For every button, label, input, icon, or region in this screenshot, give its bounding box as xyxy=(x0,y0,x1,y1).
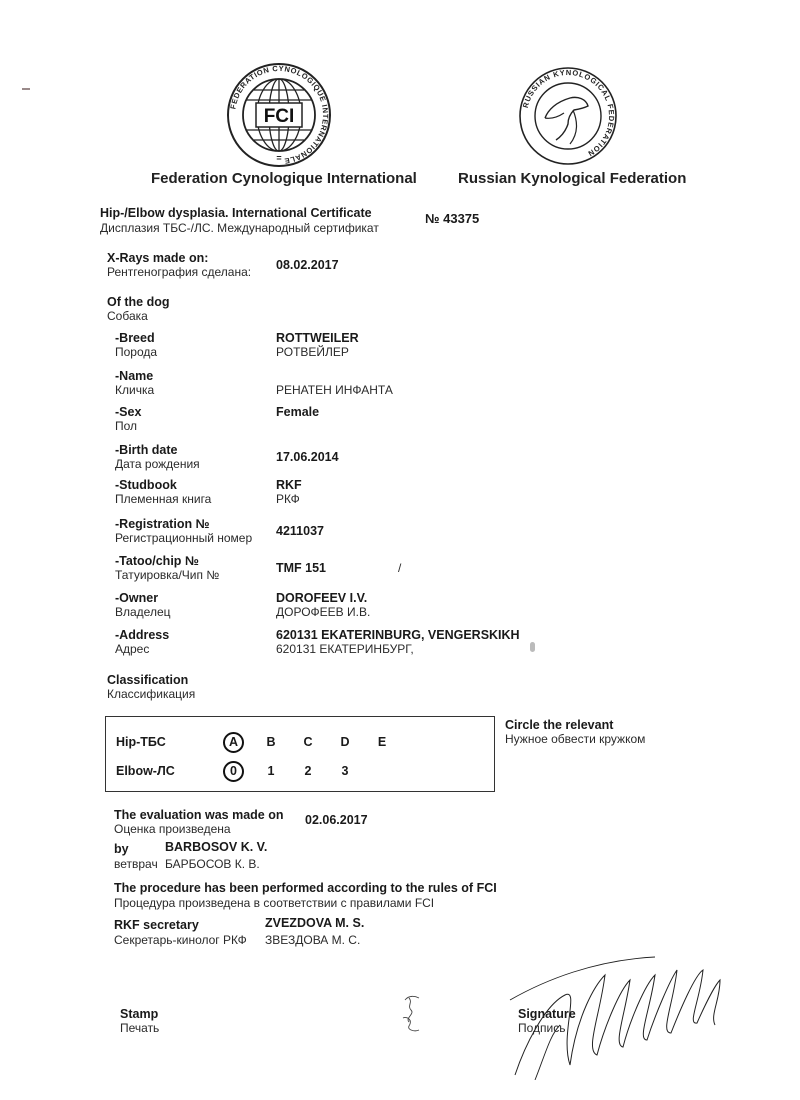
field-value-ru: РОТВЕЙЛЕР xyxy=(276,345,349,359)
circle-note-en: Circle the relevant xyxy=(505,718,613,732)
secretary-label-en: RKF secretary xyxy=(114,918,199,932)
field-label-ru: Пол xyxy=(115,419,137,433)
field-label-en: -Breed xyxy=(115,331,155,345)
certificate-number: № 43375 xyxy=(425,212,479,226)
field-label-ru: Татуировка/Чип № xyxy=(115,568,219,582)
vet-name-en: BARBOSOV K. V. xyxy=(165,840,267,854)
field-value-en: RKF xyxy=(276,478,302,492)
field-value-ru: ДОРОФЕЕВ И.В. xyxy=(276,605,370,619)
by-label-en: by xyxy=(114,842,129,856)
vet-name-ru: БАРБОСОВ К. В. xyxy=(165,857,260,871)
field-value-en: 4211037 xyxy=(276,524,324,538)
field-label-en: -Birth date xyxy=(115,443,178,457)
elbow-grade-1[interactable]: 1 xyxy=(261,764,281,778)
evaluation-label-en: The evaluation was made on xyxy=(114,808,284,822)
elbow-label: Elbow-ЛС xyxy=(116,764,175,778)
field-value-en: ROTTWEILER xyxy=(276,331,359,345)
hip-grade-d[interactable]: D xyxy=(335,735,355,749)
scan-artifact xyxy=(530,642,535,652)
circle-note-ru: Нужное обвести кружком xyxy=(505,732,645,746)
secretary-name-en: ZVEZDOVA M. S. xyxy=(265,916,364,930)
hip-grade-e[interactable]: E xyxy=(372,735,392,749)
field-label-ru: Адрес xyxy=(115,642,149,656)
dog-section-label-en: Of the dog xyxy=(107,295,170,309)
classification-label-en: Classification xyxy=(107,673,188,687)
field-value-en: 17.06.2014 xyxy=(276,450,339,464)
certificate-title-en: Hip-/Elbow dysplasia. International Cert… xyxy=(100,206,372,220)
field-value-en: 620131 EKATERINBURG, VENGERSKIKH xyxy=(276,628,520,642)
stamp-label-en: Stamp xyxy=(120,1007,158,1021)
elbow-grade-2[interactable]: 2 xyxy=(298,764,318,778)
signature-scribble xyxy=(505,955,730,1080)
elbow-grade-0[interactable]: 0 xyxy=(223,761,244,782)
xrays-label-en: X-Rays made on: xyxy=(107,251,208,265)
fci-name: Federation Cynologique International xyxy=(151,170,417,187)
svg-text:FCI: FCI xyxy=(264,106,295,127)
xrays-date: 08.02.2017 xyxy=(276,258,339,272)
evaluation-label-ru: Оценка произведена xyxy=(114,822,231,836)
svg-text:=: = xyxy=(276,153,281,163)
secretary-name-ru: ЗВЕЗДОВА М. С. xyxy=(265,933,360,947)
field-value-extra: / xyxy=(398,561,401,575)
field-label-en: -Owner xyxy=(115,591,158,605)
stamp-label-ru: Печать xyxy=(120,1021,159,1035)
by-label-ru: ветврач xyxy=(114,857,158,871)
field-label-en: -Address xyxy=(115,628,169,642)
certificate-title-ru: Дисплазия ТБС-/ЛС. Международный сертифи… xyxy=(100,221,379,235)
field-value-en: DOROFEEV I.V. xyxy=(276,591,367,605)
field-label-en: -Sex xyxy=(115,405,141,419)
hip-grade-a[interactable]: A xyxy=(223,732,244,753)
dog-section-label-ru: Собака xyxy=(107,309,148,323)
field-label-ru: Племенная книга xyxy=(115,492,211,506)
field-label-en: -Studbook xyxy=(115,478,177,492)
field-label-ru: Владелец xyxy=(115,605,171,619)
field-label-ru: Дата рождения xyxy=(115,457,200,471)
stamp-mark xyxy=(395,992,430,1037)
field-label-en: -Name xyxy=(115,369,153,383)
field-label-en: -Registration № xyxy=(115,517,210,531)
field-label-ru: Кличка xyxy=(115,383,154,397)
secretary-label-ru: Секретарь-кинолог РКФ xyxy=(114,933,247,947)
xrays-label-ru: Рентгенография сделана: xyxy=(107,265,251,279)
procedure-en: The procedure has been performed accordi… xyxy=(114,881,497,895)
rkf-name: Russian Kynological Federation xyxy=(458,170,686,187)
fci-globe-logo: FCI FEDERATION CYNOLOGIQUE INTERNATIONAL… xyxy=(226,62,332,168)
field-label-ru: Регистрационный номер xyxy=(115,531,252,545)
scan-artifact xyxy=(22,88,30,90)
hip-label: Hip-ТБС xyxy=(116,735,166,749)
elbow-grade-3[interactable]: 3 xyxy=(335,764,355,778)
field-value-en: Female xyxy=(276,405,319,419)
classification-label-ru: Классификация xyxy=(107,687,195,701)
field-label-ru: Порода xyxy=(115,345,157,359)
field-label-en: -Tatoo/chip № xyxy=(115,554,199,568)
hip-grade-b[interactable]: B xyxy=(261,735,281,749)
rkf-dog-head-logo: RUSSIAN KYNOLOGICAL FEDERATION xyxy=(518,66,618,166)
field-value-ru: 620131 ЕКАТЕРИНБУРГ, xyxy=(276,642,414,656)
hip-grade-c[interactable]: C xyxy=(298,735,318,749)
field-value-en: TMF 151 xyxy=(276,561,326,575)
classification-box: Hip-ТБС Elbow-ЛС ABCDE 0123 xyxy=(105,716,495,792)
evaluation-date: 02.06.2017 xyxy=(305,813,368,827)
field-value-ru: РКФ xyxy=(276,492,300,506)
field-value-ru: РЕНАТЕН ИНФАНТА xyxy=(276,383,393,397)
procedure-ru: Процедура произведена в соответствии с п… xyxy=(114,896,434,910)
